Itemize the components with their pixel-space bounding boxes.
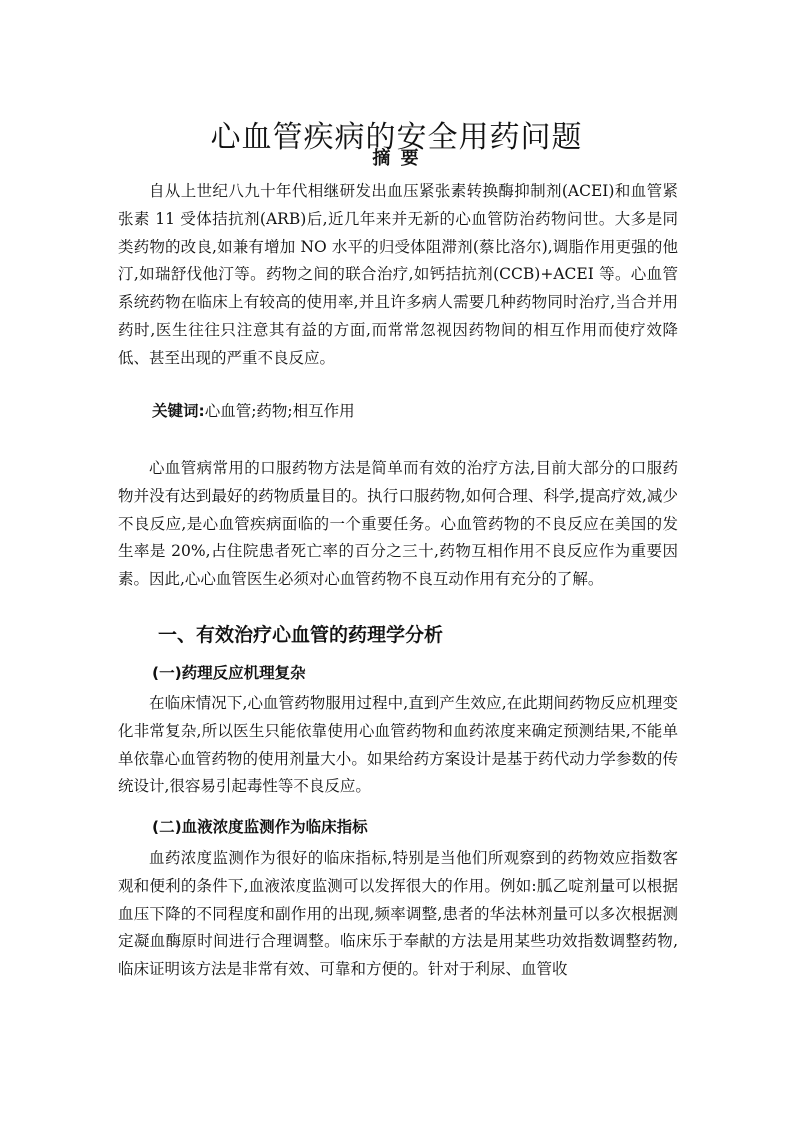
document-page: 心血管疾病的安全用药问题 摘 要 自从上世纪八九十年代相继研发出血压紧张素转换酶… xyxy=(0,0,793,1122)
subsection-1-paragraph: 在临床情况下,心血管药物服用过程中,直到产生效应,在此期间药物反应机理变化非常复… xyxy=(118,690,678,801)
keywords-value: 心血管;药物;相互作用 xyxy=(205,402,355,420)
abstract-paragraph: 自从上世纪八九十年代相继研发出血压紧张素转换酶抑制剂(ACEI)和血管紧张素 1… xyxy=(118,178,678,373)
subsection-1-heading: (一)药理反应机理复杂 xyxy=(152,660,306,686)
subsection-2-heading: (二)血液浓度监测作为临床指标 xyxy=(152,814,368,840)
intro-paragraph: 心血管病常用的口服药物方法是简单而有效的治疗方法,目前大部分的口服药物并没有达到… xyxy=(118,455,678,594)
abstract-heading: 摘 要 xyxy=(0,146,793,172)
subsection-2-paragraph: 血药浓度监测作为很好的临床指标,特别是当他们所观察到的药物效应指数客观和便利的条… xyxy=(118,845,678,984)
keywords-line: 关键词:心血管;药物;相互作用 xyxy=(152,398,652,426)
section-1-heading: 一、有效治疗心血管的药理学分析 xyxy=(158,620,443,650)
keywords-label: 关键词: xyxy=(152,402,205,420)
